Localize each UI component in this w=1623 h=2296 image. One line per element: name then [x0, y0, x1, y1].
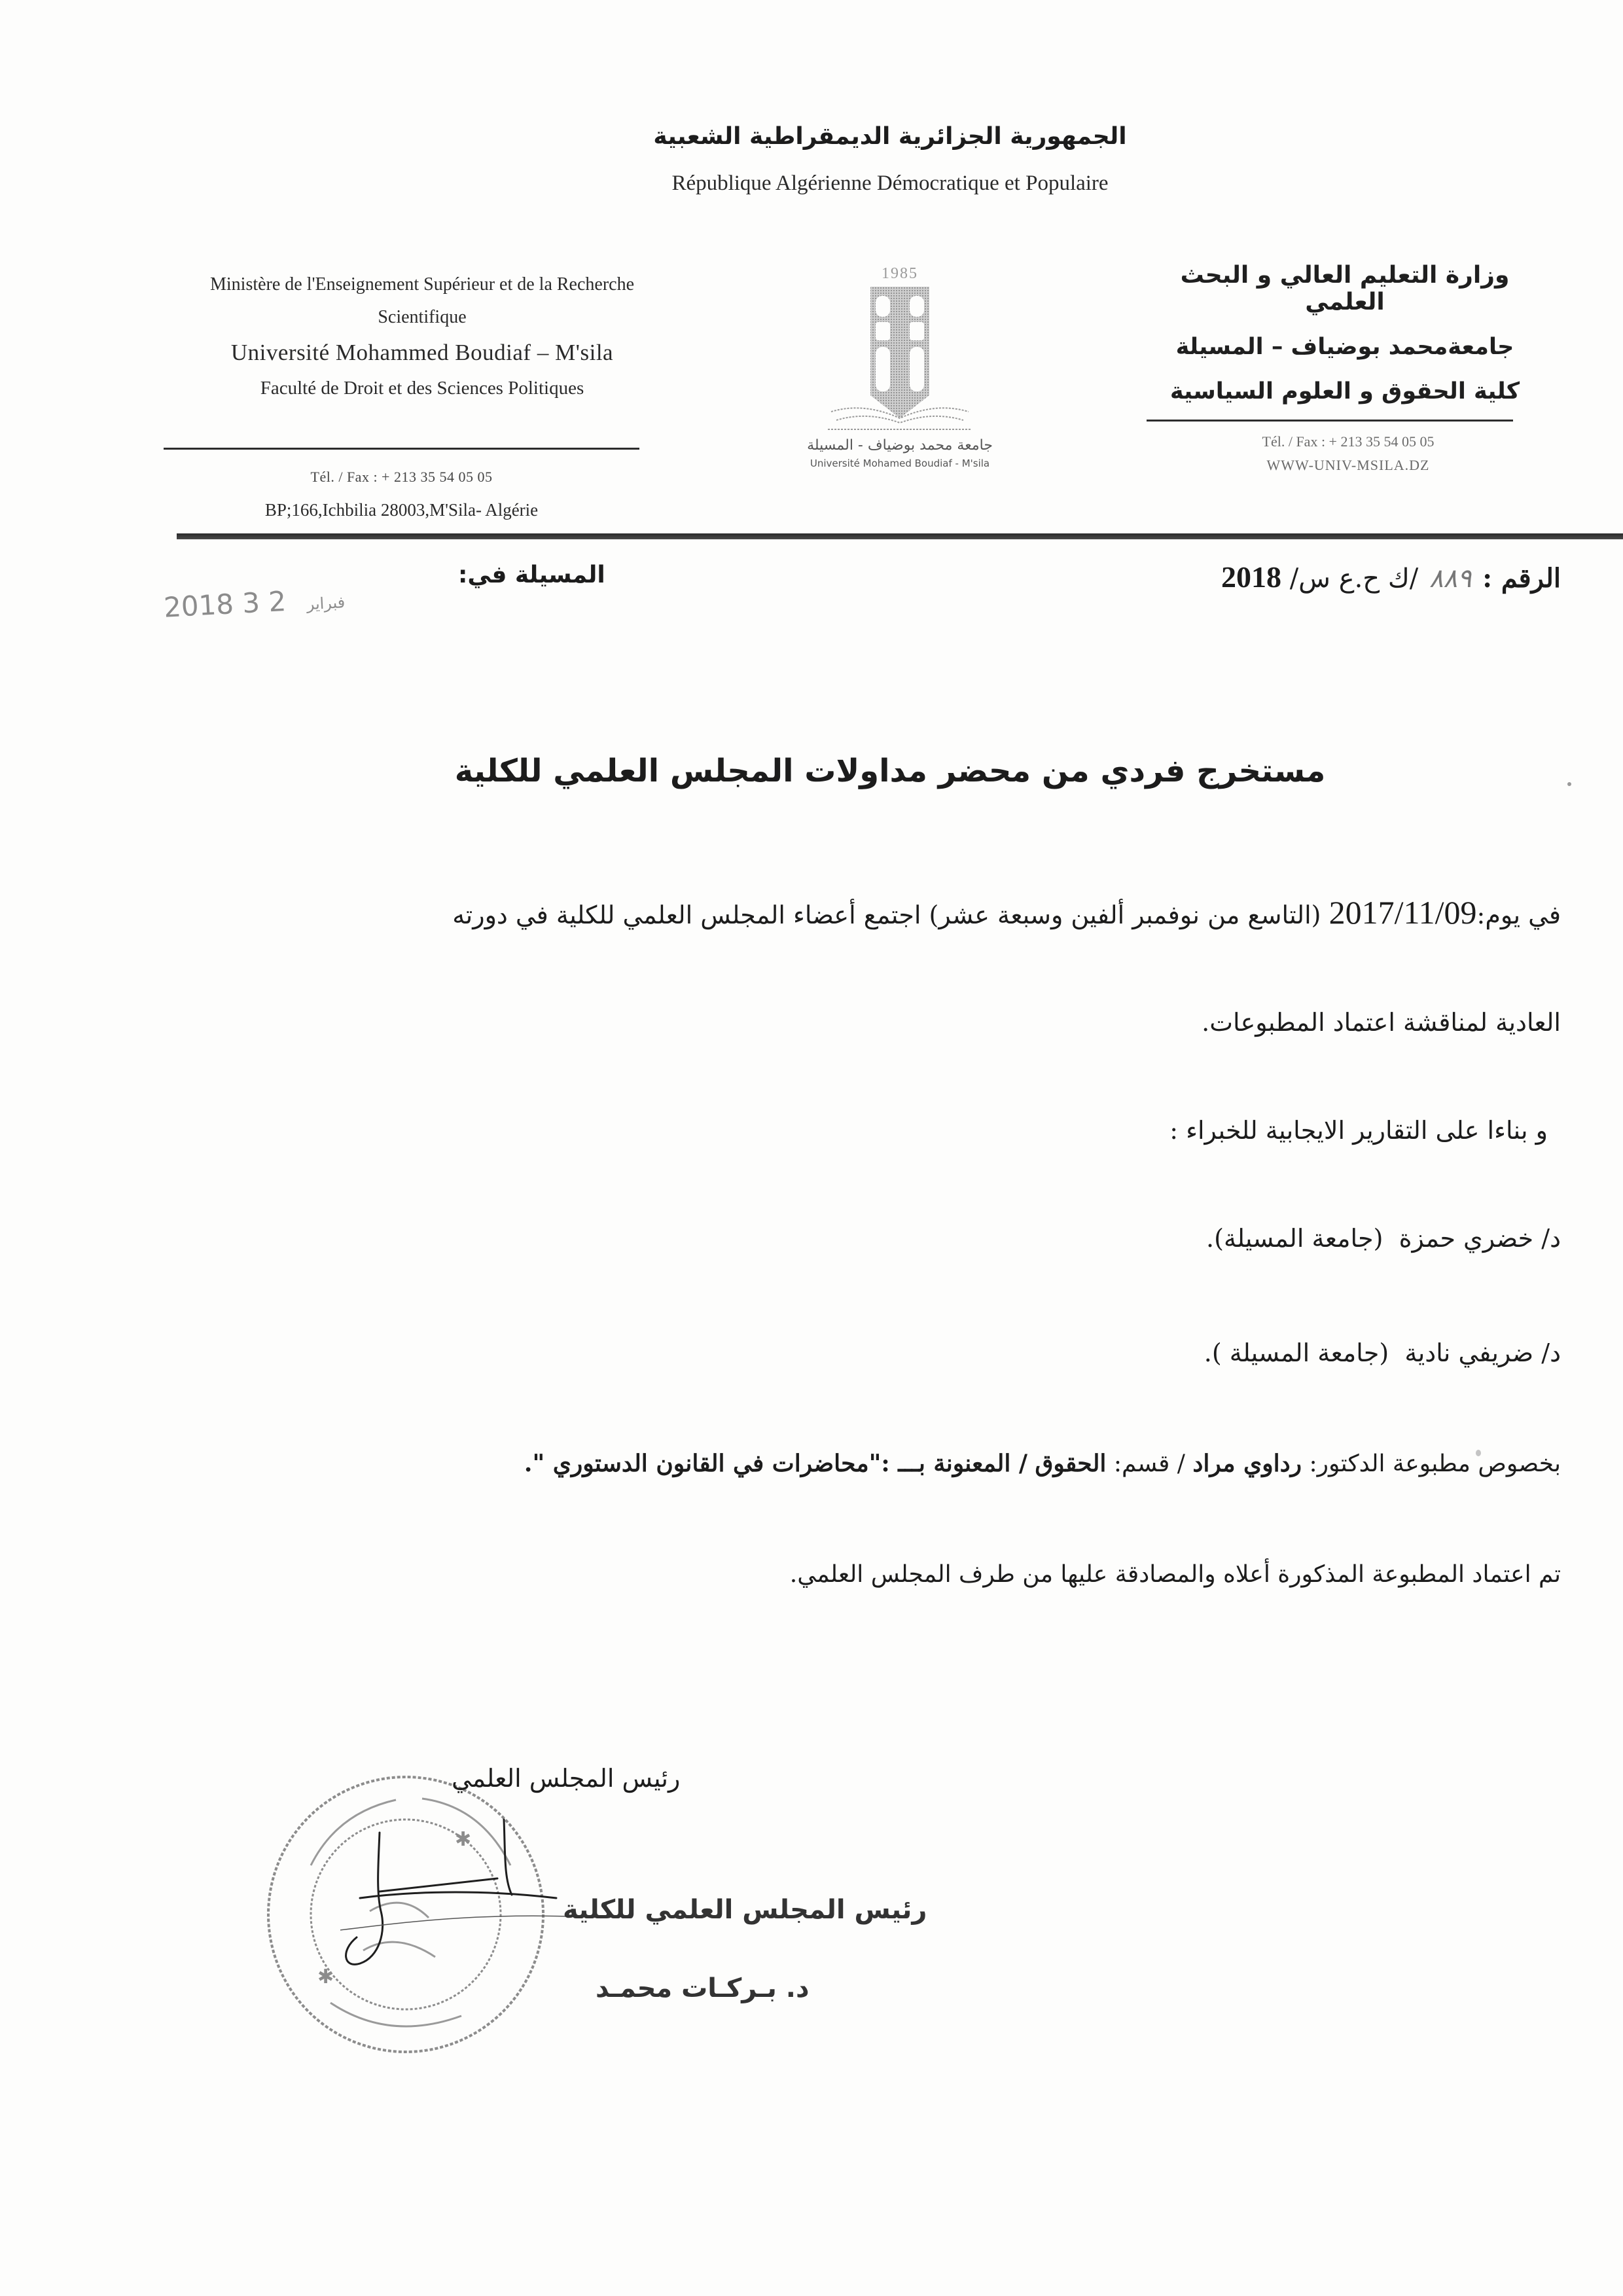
letterhead-arabic: وزارة التعليم العالي و البحث العلمي جامع…: [1145, 262, 1544, 404]
university-name-arabic: جامعةمحمد بوضياف – المسيلة: [1145, 334, 1544, 360]
reference-handwritten-number: ٨٨٩: [1429, 564, 1471, 594]
expert-name: ضريفي نادية: [1404, 1338, 1533, 1367]
ministry-name-french-line2: Scientifique: [141, 307, 704, 328]
publication-title: "محاضرات في القانون الدستوري ".: [524, 1450, 881, 1477]
paragraph-approval: تم اعتماد المطبوعة المذكورة أعلاه والمصا…: [790, 1561, 1561, 1588]
svg-text:✱: ✱: [317, 1965, 334, 1988]
paragraph-meeting-date: في يوم:2017/11/09 (التاسع من نوفمبر ألفي…: [452, 893, 1561, 931]
expert-title: د/: [1541, 1224, 1561, 1253]
expert-item: د/ ضريفي نادية (جامعة المسيلة ).: [1204, 1338, 1561, 1367]
expert-title: د/: [1541, 1338, 1561, 1367]
department-label: / قسم:: [1114, 1450, 1185, 1477]
tel-fax-arabic-side: Tél. / Fax : + 213 35 54 05 05: [1211, 433, 1486, 450]
republic-name-french: République Algérienne Démocratique et Po…: [0, 171, 1623, 196]
ministry-name-french: Ministère de l'Enseignement Supérieur et…: [141, 272, 704, 298]
paragraph-session: العادية لمناقشة اعتماد المطبوعات.: [1202, 1008, 1561, 1037]
signatory-name: د. بـركـات محمـد: [596, 1973, 809, 2003]
letterhead-french: Ministère de l'Enseignement Supérieur et…: [141, 272, 704, 399]
scan-speck: [1567, 782, 1571, 786]
university-logo: 1985 جامعة محمد بوضياف - المسيلة Univers…: [782, 265, 1018, 501]
meeting-date: 2017/11/09: [1329, 894, 1477, 931]
paragraph-publication: بخصوص مطبوعة الدكتور: رداوي مراد / قسم: …: [524, 1450, 1561, 1477]
publication-prefix: بخصوص مطبوعة الدكتور:: [1309, 1450, 1561, 1477]
expert-name: خضري حمزة: [1399, 1224, 1534, 1253]
reference-year: 2018: [1221, 560, 1281, 594]
republic-name-arabic: الجمهورية الجزائرية الديمقراطية الشعبية: [0, 123, 1623, 150]
divider-arabic: [1147, 420, 1513, 422]
letterhead-divider: [177, 533, 1623, 539]
divider-french: [164, 448, 639, 450]
meeting-date-prefix: في يوم:: [1477, 901, 1561, 929]
place-label: المسيلة في:: [458, 562, 605, 588]
publication-author: رداوي مراد: [1192, 1450, 1302, 1477]
university-name-french: Université Mohammed Boudiaf – M'sila: [141, 340, 704, 366]
website: WWW-UNIV-MSILA.DZ: [1211, 457, 1486, 474]
contact-arabic: Tél. / Fax : + 213 35 54 05 05 WWW-UNIV-…: [1211, 433, 1486, 474]
reference-suffix: /ك ح.ع س/: [1290, 564, 1419, 594]
signatory-role-handwritten: رئيس المجلس العلمي: [452, 1764, 680, 1793]
faculty-name-french: Faculté de Droit et des Sciences Politiq…: [141, 378, 704, 399]
tel-fax-french: Tél. / Fax : + 213 35 54 05 05: [164, 469, 639, 486]
logo-name-arabic: جامعة محمد بوضياف - المسيلة: [782, 437, 1018, 454]
scan-speck: [1476, 1450, 1481, 1456]
date-stamp-day: 2 3: [241, 585, 287, 619]
reference-label: الرقم :: [1482, 563, 1561, 594]
postal-address: BP;166,Ichbilia 28003,M'Sila- Algérie: [164, 500, 639, 520]
faculty-name-arabic: كلية الحقوق و العلوم السياسية: [1145, 378, 1544, 404]
date-stamp-year: 2018: [163, 588, 234, 624]
expert-item: د/ خضري حمزة (جامعة المسيلة).: [1206, 1224, 1561, 1253]
reference-number: الرقم : ٨٨٩ /ك ح.ع س/ 2018: [1221, 560, 1561, 594]
date-stamp: 2018 فبراير 2 3: [163, 581, 357, 623]
department-name: الحقوق: [1035, 1450, 1106, 1477]
expert-affiliation: (جامعة المسيلة ).: [1204, 1338, 1389, 1367]
paragraph-experts-intro: و بناءا على التقارير الايجابية للخبراء :: [1169, 1116, 1548, 1145]
expert-affiliation: (جامعة المسيلة).: [1206, 1224, 1383, 1253]
document-title: مستخرج فردي من محضر مداولات المجلس العلم…: [0, 753, 1623, 789]
signatory-role-stamp: رئيس المجلس العلمي للكلية: [563, 1895, 927, 1925]
date-stamp-month: فبراير: [306, 593, 346, 613]
meeting-date-text: (التاسع من نوفمبر ألفين وسبعة عشر) اجتمع…: [452, 901, 1321, 929]
logo-year: 1985: [782, 265, 1018, 283]
publication-titled-label: / المعنونة بـــ :: [881, 1450, 1027, 1477]
logo-name-french: Université Mohamed Boudiaf - M'sila: [782, 457, 1018, 469]
tower-emblem-icon: [825, 284, 975, 435]
contact-french: Tél. / Fax : + 213 35 54 05 05 BP;166,Ic…: [164, 469, 639, 520]
ministry-name-arabic: وزارة التعليم العالي و البحث العلمي: [1145, 262, 1544, 315]
